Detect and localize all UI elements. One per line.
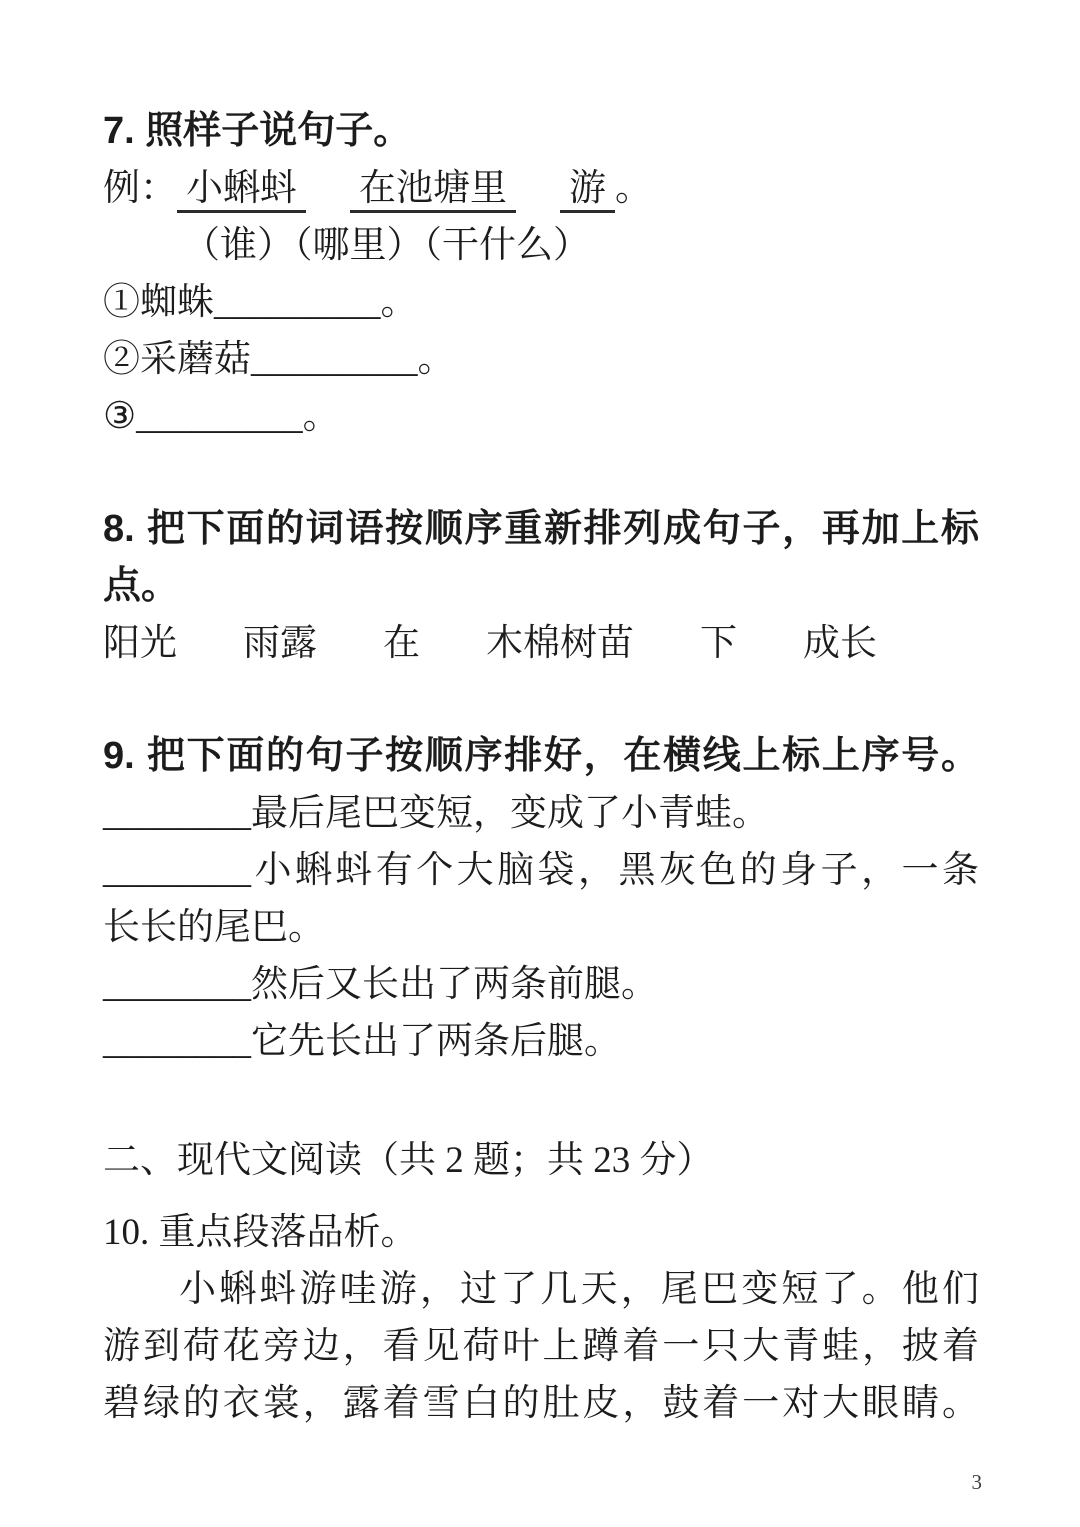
q7-example-label: 例： [103,168,177,209]
q7-title: 7. 照样子说句子。 [103,103,979,160]
q9-line-4-text: 然后又长出了两条前腿。 [251,964,658,1005]
page-number: 3 [972,1472,983,1493]
worksheet-page: 7. 照样子说句子。 例：小蝌蚪在池塘里游。 （谁）（哪里）（干什么） ①蜘蛛_… [0,0,1080,1527]
q8-title-line2: 点。 [103,558,979,615]
q8-word-3: 在 [383,615,420,672]
q9-line-5: ________它先长出了两条后腿。 [103,1013,979,1070]
q9-line-2-text: 小蝌蚪有个大脑袋，黑灰色的身子，一条 [251,850,979,891]
section2-heading: 二、现代文阅读（共 2 题；共 23 分） [103,1132,979,1189]
q7-item-3-period: 。 [303,396,340,437]
q8-word-1: 阳光 [103,615,177,672]
q9-line-3-text: 长长的尾巴。 [103,907,325,948]
q7-example-word-where: 在池塘里 [350,168,516,213]
q8-word-5: 下 [700,615,737,672]
q9-line-5-blank: ________ [103,1013,251,1070]
q9-line-5-text: 它先长出了两条后腿。 [251,1021,621,1062]
q10-title: 10. 重点段落品析。 [103,1204,979,1261]
q8-word-2: 雨露 [243,615,317,672]
q7-item-2-blank: _________ [251,331,418,388]
q8-title-line1: 8. 把下面的词语按顺序重新排列成句子，再加上标 [103,501,979,558]
q7-item-1-text: ①蜘蛛 [103,282,214,323]
q7-item-2: ②采蘑菇_________。 [103,331,979,388]
q9-line-4: ________然后又长出了两条前腿。 [103,956,979,1013]
q8-word-list: 阳光 雨露 在 木棉树苗 下 成长 [103,615,979,672]
q7-item-3-blank: _________ [136,388,303,445]
q7-item-3: ③_________。 [103,388,979,445]
q7-example-word-who: 小蝌蚪 [177,168,306,213]
q10-paragraph-line-1: 小蝌蚪游哇游，过了几天，尾巴变短了。他们 [103,1261,979,1318]
q8-word-4: 木棉树苗 [486,615,634,672]
q7-item-1-period: 。 [381,282,418,323]
q9-line-1-text: 最后尾巴变短，变成了小青蛙。 [251,793,769,834]
q9-line-2-blank: ________ [103,842,251,899]
q7-example-sentence: 例：小蝌蚪在池塘里游。 [103,160,979,217]
q8-word-6: 成长 [803,615,877,672]
q9-line-1-blank: ________ [103,785,251,842]
q9-line-4-blank: ________ [103,956,251,1013]
q9-line-1: ________最后尾巴变短，变成了小青蛙。 [103,785,979,842]
q9-line-3: 长长的尾巴。 [103,899,979,956]
q7-item-1-blank: _________ [214,274,381,331]
q7-item-2-text: ②采蘑菇 [103,339,251,380]
q9-title: 9. 把下面的句子按顺序排好，在横线上标上序号。 [103,728,979,785]
q10-paragraph-line-3: 碧绿的衣裳，露着雪白的肚皮，鼓着一对大眼睛。 [103,1375,979,1432]
q7-example-hint: （谁）（哪里）（干什么） [103,217,979,274]
q7-example-period: 。 [615,168,652,209]
q7-example-word-action: 游 [560,168,615,213]
q7-item-1: ①蜘蛛_________。 [103,274,979,331]
q10-paragraph-line-2: 游到荷花旁边，看见荷叶上蹲着一只大青蛙，披着 [103,1318,979,1375]
q7-item-3-text: ③ [103,396,136,437]
q9-line-2: ________小蝌蚪有个大脑袋，黑灰色的身子，一条 [103,842,979,899]
q7-item-2-period: 。 [418,339,455,380]
page-content: 7. 照样子说句子。 例：小蝌蚪在池塘里游。 （谁）（哪里）（干什么） ①蜘蛛_… [103,0,979,1432]
